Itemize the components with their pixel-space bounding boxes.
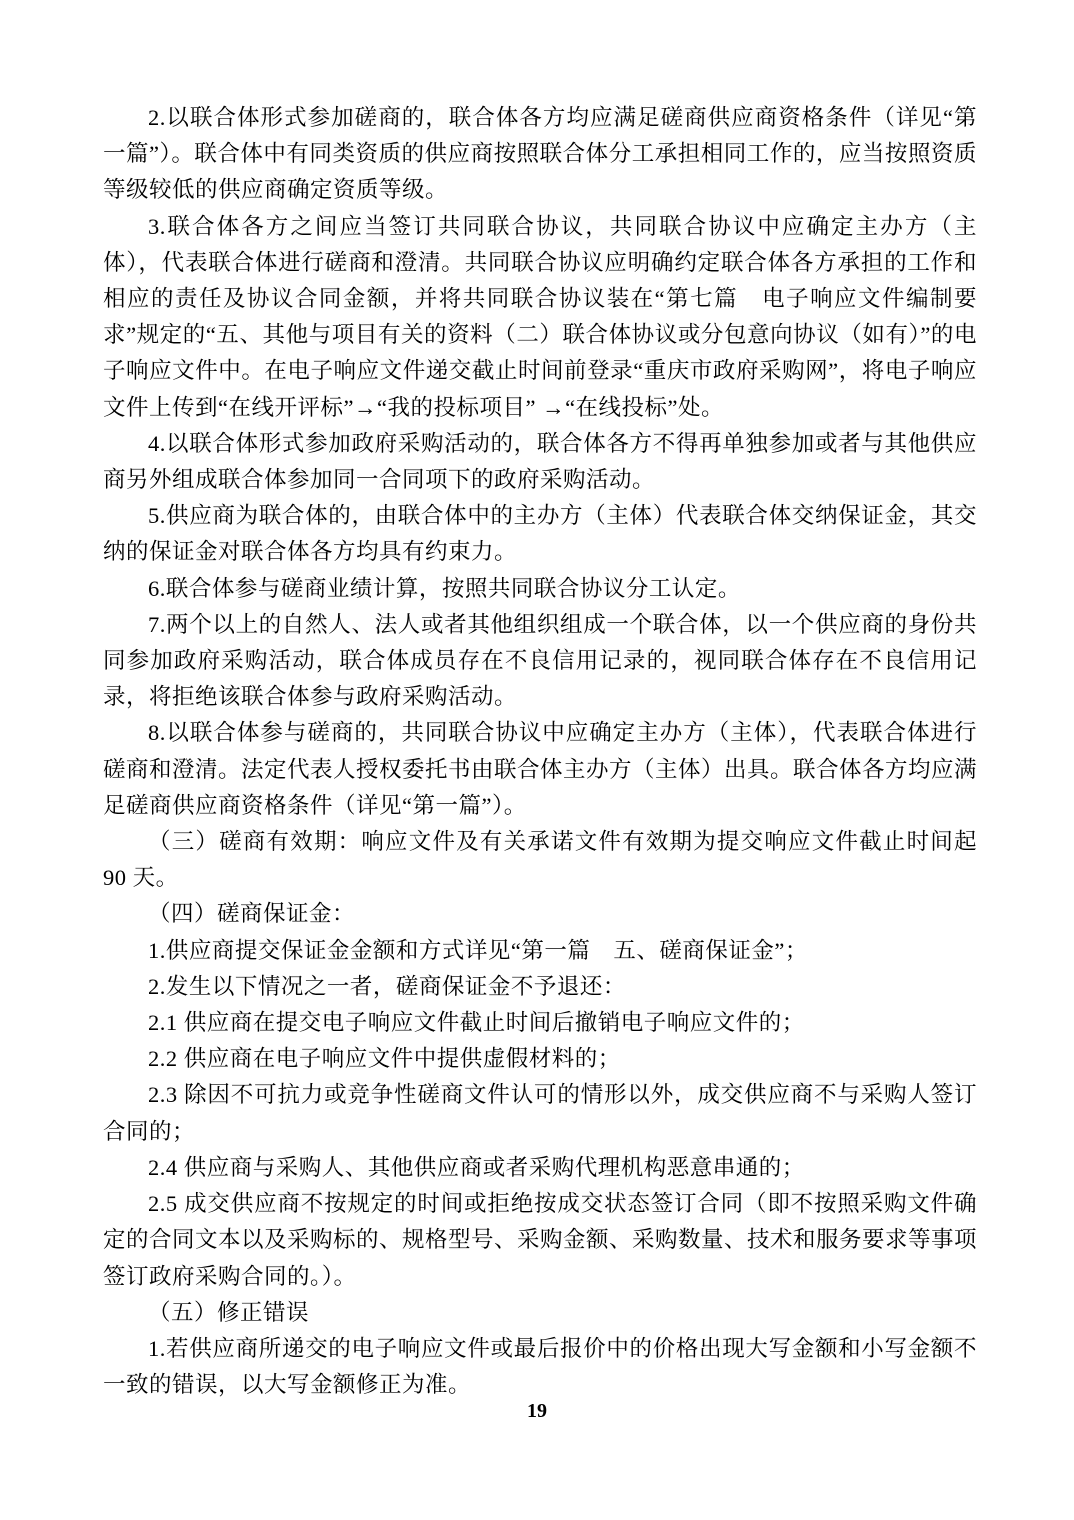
document-page: 2.以联合体形式参加磋商的，联合体各方均应满足磋商供应商资格条件（详见“第一篇”…: [0, 0, 1074, 1520]
paragraph: 6.联合体参与磋商业绩计算，按照共同联合协议分工认定。: [103, 571, 977, 607]
paragraph: 1.供应商提交保证金金额和方式详见“第一篇 五、磋商保证金”；: [103, 933, 977, 969]
page-number: 19: [0, 1400, 1074, 1423]
paragraph: 2.3 除因不可抗力或竞争性磋商文件认可的情形以外，成交供应商不与采购人签订合同…: [103, 1077, 977, 1149]
paragraph: 2.5 成交供应商不按规定的时间或拒绝按成交状态签订合同（即不按照采购文件确定的…: [103, 1186, 977, 1295]
document-body: 2.以联合体形式参加磋商的，联合体各方均应满足磋商供应商资格条件（详见“第一篇”…: [103, 100, 977, 1403]
paragraph: 2.2 供应商在电子响应文件中提供虚假材料的；: [103, 1041, 977, 1077]
paragraph: 7.两个以上的自然人、法人或者其他组织组成一个联合体，以一个供应商的身份共同参加…: [103, 607, 977, 716]
paragraph: 2.4 供应商与采购人、其他供应商或者采购代理机构恶意串通的；: [103, 1150, 977, 1186]
paragraph: 5.供应商为联合体的，由联合体中的主办方（主体）代表联合体交纳保证金，其交纳的保…: [103, 498, 977, 570]
paragraph: （五）修正错误: [103, 1295, 977, 1331]
paragraph: 2.发生以下情况之一者，磋商保证金不予退还：: [103, 969, 977, 1005]
paragraph: 1.若供应商所递交的电子响应文件或最后报价中的价格出现大写金额和小写金额不一致的…: [103, 1331, 977, 1403]
paragraph: 2.以联合体形式参加磋商的，联合体各方均应满足磋商供应商资格条件（详见“第一篇”…: [103, 100, 977, 209]
paragraph: 8.以联合体参与磋商的，共同联合协议中应确定主办方（主体），代表联合体进行磋商和…: [103, 715, 977, 824]
paragraph: 2.1 供应商在提交电子响应文件截止时间后撤销电子响应文件的；: [103, 1005, 977, 1041]
paragraph: 4.以联合体形式参加政府采购活动的，联合体各方不得再单独参加或者与其他供应商另外…: [103, 426, 977, 498]
paragraph: （三）磋商有效期：响应文件及有关承诺文件有效期为提交响应文件截止时间起 90 天…: [103, 824, 977, 896]
paragraph: （四）磋商保证金：: [103, 896, 977, 932]
paragraph: 3.联合体各方之间应当签订共同联合协议，共同联合协议中应确定主办方（主体），代表…: [103, 209, 977, 426]
